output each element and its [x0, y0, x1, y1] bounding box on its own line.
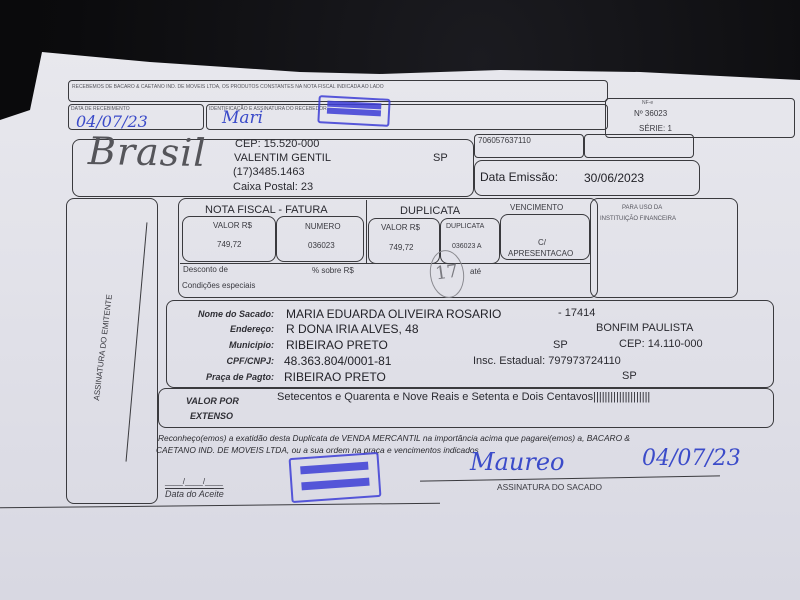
payer-address: R DONA IRIA ALVES, 48 — [286, 322, 419, 336]
issuer-state: SP — [433, 152, 448, 164]
acceptance-stamp — [289, 452, 382, 503]
payer-signature-date-handwritten: 04/07/23 — [642, 446, 741, 471]
receipt-stamp — [317, 95, 390, 127]
duplicata-header: DUPLICATA — [400, 205, 460, 217]
receipt-header-text: RECEBEMOS DE BACARO & CAETANO IND. DE MO… — [72, 84, 384, 90]
payment-place-label: Praça de Pagto: — [172, 372, 274, 382]
receipt-signature-handwritten: Mari — [222, 108, 263, 128]
special-conditions-label: Condições especiais — [182, 281, 255, 290]
stamp-bar — [300, 462, 369, 475]
due-value-line2: APRESENTACAO — [508, 249, 573, 258]
nf-number-cell-label: NUMERO — [305, 222, 341, 231]
nf-value: 749,72 — [217, 240, 241, 249]
payer-name: MARIA EDUARDA OLIVEIRA ROSARIO — [286, 307, 501, 321]
discount-pct-label: % sobre R$ — [312, 266, 354, 275]
due-value-line1: C/ — [538, 238, 546, 247]
dup-number-value: 036023 A — [452, 243, 482, 250]
grid-divider — [366, 200, 367, 264]
dup-value-label: VALOR R$ — [381, 223, 420, 232]
discount-label: Desconto de — [183, 265, 228, 274]
dup-value: 749,72 — [389, 243, 413, 252]
payer-doc: 48.363.804/0001-81 — [284, 354, 391, 368]
issuer-ie: 706057637110 — [478, 136, 531, 145]
nf-fatura-header: NOTA FISCAL - FATURA — [205, 204, 328, 216]
nf-label: NF-e — [642, 100, 653, 106]
issuer-po-box: Caixa Postal: 23 — [233, 181, 313, 193]
nf-value-label: VALOR R$ — [213, 221, 252, 230]
acceptance-statement-1: Reconheço(emos) a exatidão desta Duplica… — [158, 433, 630, 443]
payer-district: BONFIM PAULISTA — [596, 322, 693, 334]
acceptance-statement-2: CAETANO IND. DE MOVEIS LTDA, ou a sua or… — [156, 445, 479, 455]
payer-signature-handwritten: Maureo — [470, 448, 564, 476]
nf-number-cell-value: 036023 — [308, 241, 335, 250]
dup-number-label: DUPLICATA — [446, 223, 484, 230]
nf-serie: SÉRIE: 1 — [639, 124, 672, 133]
payer-city-state: SP — [553, 339, 568, 351]
issuer-extra-box — [584, 134, 694, 158]
payer-name-label: Nome do Sacado: — [180, 309, 274, 319]
issuer-cep: CEP: 15.520-000 — [235, 138, 319, 150]
acceptance-date-label: Data do Aceite — [165, 489, 224, 499]
bank-use-line2: INSTITUIÇÃO FINANCEIRA — [600, 216, 676, 222]
payer-city-label: Municipio: — [180, 340, 274, 350]
receipt-date-handwritten: 04/07/23 — [76, 112, 148, 131]
nf-number: Nº 36023 — [634, 109, 667, 118]
brasil-logo: Brasil — [88, 129, 207, 175]
issuer-city: VALENTIM GENTIL — [234, 152, 331, 164]
amount-words-label-1: VALOR POR — [186, 396, 239, 406]
nf-number-box — [605, 98, 795, 138]
issuer-phone: (17)3485.1463 — [233, 166, 305, 178]
issue-date-label: Data Emissão: — [480, 170, 558, 184]
payer-state-reg: Insc. Estadual: 797973724110 — [473, 355, 621, 367]
bank-use-line1: PARA USO DA — [622, 205, 662, 211]
until-label: até — [470, 267, 481, 276]
payer-code: - 17414 — [558, 307, 595, 319]
payer-address-label: Endereço: — [180, 324, 274, 334]
payer-cep: CEP: 14.110-000 — [619, 338, 703, 350]
payer-city: RIBEIRAO PRETO — [286, 338, 388, 352]
bank-use-box — [590, 198, 738, 298]
payment-place: RIBEIRAO PRETO — [284, 370, 386, 384]
payer-signature-label: ASSINATURA DO SACADO — [497, 482, 602, 492]
vencimento-header: VENCIMENTO — [510, 203, 563, 212]
acceptance-date-blank: ____/____/____ — [165, 477, 223, 486]
amount-words-label-2: EXTENSO — [190, 411, 233, 421]
amount-words-value: Setecentos e Quarenta e Nove Reais e Set… — [277, 391, 650, 403]
payer-doc-label: CPF/CNPJ: — [180, 356, 274, 366]
discount-divider — [180, 263, 590, 264]
stamp-bar — [301, 478, 370, 491]
payment-place-state: SP — [622, 370, 637, 382]
issue-date-value: 30/06/2023 — [584, 171, 644, 185]
